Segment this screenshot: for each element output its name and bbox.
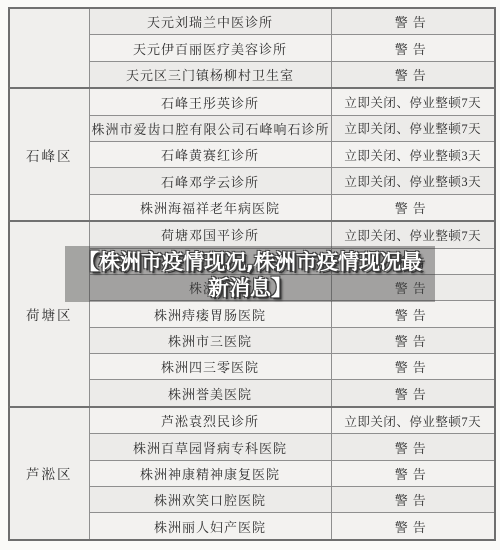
institution-name-cell: 天元刘瑞兰中医诊所 [89, 8, 331, 35]
institution-name-cell: 石峰邓学云诊所 [89, 168, 331, 194]
institution-name-cell: 芦淞袁烈民诊所 [89, 407, 331, 434]
scanned-document-page: 天元刘瑞兰中医诊所警告天元伊百丽医疗美容诊所警告天元区三门镇杨柳村卫生室警告石峰… [0, 0, 500, 550]
district-cell: 石峰区 [9, 88, 89, 221]
table-row: 芦淞区芦淞袁烈民诊所立即关闭、停业整顿7天 [9, 407, 495, 434]
institution-name-cell: 天元区三门镇杨柳村卫生室 [89, 61, 331, 88]
action-cell: 警告 [331, 8, 495, 35]
action-cell: 警告 [331, 327, 495, 353]
institution-name-cell: 天元伊百丽医疗美容诊所 [89, 35, 331, 61]
institution-name-cell: 株洲欢笑口腔医院 [89, 487, 331, 513]
institution-name-cell: 株洲誉美医院 [89, 380, 331, 407]
action-cell: 警告 [331, 460, 495, 486]
table-row: 天元刘瑞兰中医诊所警告 [9, 8, 495, 35]
action-cell: 立即关闭、停业整顿7天 [331, 115, 495, 141]
action-cell: 警告 [331, 380, 495, 407]
institution-name-cell: 株洲海福祥老年病医院 [89, 194, 331, 221]
institution-name-cell: 株洲痔瘘胃肠医院 [89, 301, 331, 327]
action-cell: 警告 [331, 434, 495, 460]
action-cell: 立即关闭、停业整顿7天 [331, 221, 495, 248]
action-cell: 立即关闭、停业整顿3天 [331, 142, 495, 168]
action-cell: 警告 [331, 513, 495, 540]
action-cell: 警告 [331, 194, 495, 221]
action-cell: 警告 [331, 487, 495, 513]
action-cell: 立即关闭、停业整顿7天 [331, 407, 495, 434]
institution-name-cell: 株洲市爱齿口腔有限公司石峰响石诊所 [89, 115, 331, 141]
action-cell: 立即关闭、停业整顿7天 [331, 88, 495, 115]
action-cell: 警告 [331, 35, 495, 61]
action-cell: 立即关闭、停业整顿3天 [331, 168, 495, 194]
action-cell: 警告 [331, 301, 495, 327]
institution-name-cell: 株洲市三医院 [89, 327, 331, 353]
institution-name-cell: 株洲四三零医院 [89, 354, 331, 380]
action-cell: 警告 [331, 354, 495, 380]
watermark-line-1: 【株洲市疫情现况,株洲市疫情现况最 [10, 249, 490, 275]
institution-name-cell: 荷塘邓国平诊所 [89, 221, 331, 248]
district-cell: 芦淞区 [9, 407, 89, 540]
watermark-line-2: 新消息】 [10, 275, 490, 301]
institution-name-cell: 株洲百草园肾病专科医院 [89, 434, 331, 460]
table-row: 石峰区石峰王彤英诊所立即关闭、停业整顿7天 [9, 88, 495, 115]
institution-name-cell: 株洲神康精神康复医院 [89, 460, 331, 486]
table-row: 荷塘区荷塘邓国平诊所立即关闭、停业整顿7天 [9, 221, 495, 248]
watermark-title: 【株洲市疫情现况,株洲市疫情现况最 新消息】 [10, 249, 490, 301]
institution-name-cell: 石峰王彤英诊所 [89, 88, 331, 115]
institution-name-cell: 株洲丽人妇产医院 [89, 513, 331, 540]
institution-name-cell: 石峰黄赛红诊所 [89, 142, 331, 168]
action-cell: 警告 [331, 61, 495, 88]
district-cell [9, 8, 89, 88]
